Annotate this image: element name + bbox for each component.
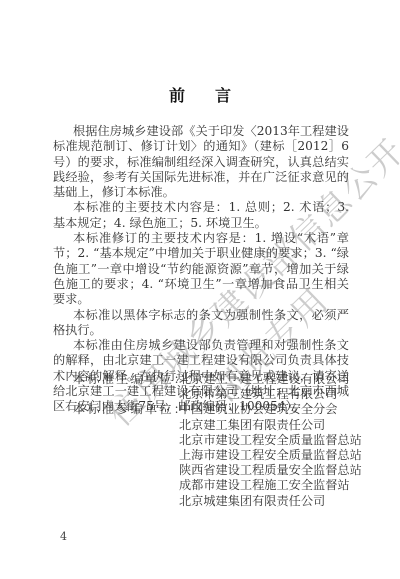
chief-units-label: 本标准主编单位： bbox=[73, 372, 179, 402]
paragraph-main-content: 本标准的主要技术内容是：1. 总则；2. 术语；3. 基本规定；4. 绿色施工；… bbox=[53, 200, 349, 231]
paragraph-revisions: 本标准修订的主要技术内容是：1. 增设“术语”章节；2. “基本规定”中增加关于… bbox=[53, 231, 349, 307]
participating-units-label: 本标准参编单位： bbox=[73, 402, 179, 508]
paragraph-background: 根据住房城乡建设部《关于印发〈2013年工程建设标准规范制订、修订计划〉的通知》… bbox=[53, 124, 349, 200]
page-title: 前言 bbox=[0, 83, 400, 106]
chief-unit: 北京市第三建筑工程有限公司 bbox=[179, 387, 350, 402]
participating-units-row: 本标准参编单位： 中国建筑业协会建筑安全分会 北京建工集团有限责任公司 北京市建… bbox=[73, 402, 362, 508]
chief-unit: 北京建工一建工程建设有限公司 bbox=[179, 372, 350, 387]
editing-units: 本标准主编单位： 北京建工一建工程建设有限公司 北京市第三建筑工程有限公司 本标… bbox=[73, 372, 362, 509]
participating-unit: 北京建工集团有限责任公司 bbox=[179, 418, 362, 433]
paragraph-mandatory: 本标准以黑体字标志的条文为强制性条文，必须严格执行。 bbox=[53, 308, 349, 339]
participating-unit: 成都市建设工程施工安全监督站 bbox=[179, 478, 362, 493]
chief-units-list: 北京建工一建工程建设有限公司 北京市第三建筑工程有限公司 bbox=[179, 372, 350, 402]
page-number: 4 bbox=[60, 530, 67, 543]
participating-unit: 上海市建设工程安全质量监督总站 bbox=[179, 448, 362, 463]
chief-units-row: 本标准主编单位： 北京建工一建工程建设有限公司 北京市第三建筑工程有限公司 bbox=[73, 372, 362, 402]
participating-unit: 陕西省建设工程质量安全监督总站 bbox=[179, 463, 362, 478]
participating-units-list: 中国建筑业协会建筑安全分会 北京建工集团有限责任公司 北京市建设工程安全质量监督… bbox=[179, 402, 362, 508]
participating-unit: 北京城建集团有限责任公司 bbox=[179, 494, 362, 509]
participating-unit: 中国建筑业协会建筑安全分会 bbox=[179, 402, 362, 417]
participating-unit: 北京市建设工程安全质量监督总站 bbox=[179, 433, 362, 448]
document-page: 前言 根据住房城乡建设部《关于印发〈2013年工程建设标准规范制订、修订计划〉的… bbox=[0, 0, 400, 579]
